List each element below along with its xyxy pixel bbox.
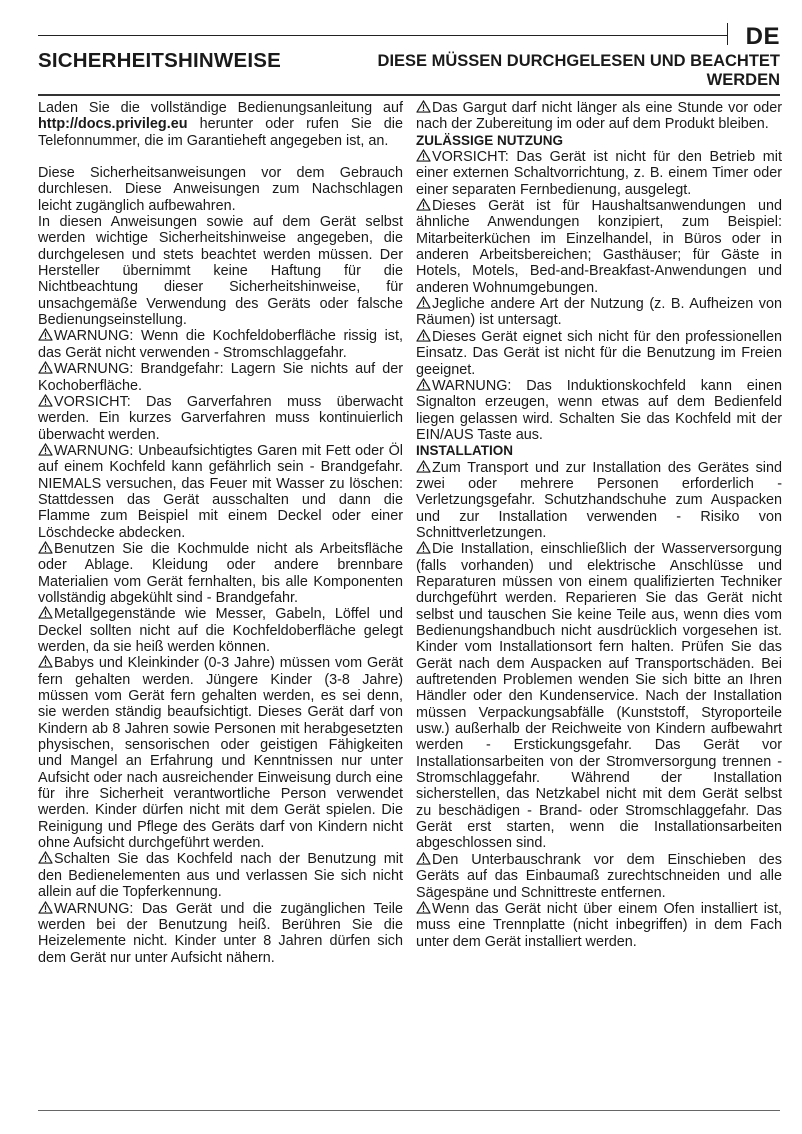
- warning-triangle-icon: [416, 296, 431, 309]
- warning-text: Dieses Gerät ist für Haushaltsanwendunge…: [416, 198, 782, 296]
- footer-rule: [38, 1110, 780, 1111]
- warning-item: Wenn das Gerät nicht über einem Ofen ins…: [416, 901, 782, 950]
- warning-triangle-icon: [38, 394, 53, 407]
- paragraph: In diesen Anweisungen sowie auf dem Gerä…: [38, 214, 403, 328]
- warning-text: VORSICHT: Das Garverfahren muss überwach…: [38, 394, 403, 443]
- warning-triangle-icon: [416, 100, 431, 113]
- warning-text: WARNUNG: Brandgefahr: Lagern Sie nichts …: [38, 361, 403, 393]
- warning-text: Babys und Kleinkinder (0-3 Jahre) müssen…: [38, 655, 403, 851]
- warning-text: Den Unterbauschrank vor dem Einschieben …: [416, 852, 782, 901]
- warning-triangle-icon: [416, 198, 431, 211]
- warning-triangle-icon: [38, 851, 53, 864]
- intro-paragraph: Laden Sie die vollständige Bedienungsanl…: [38, 100, 403, 149]
- warning-triangle-icon: [416, 852, 431, 865]
- warning-triangle-icon: [38, 541, 53, 554]
- warning-item: Die Installation, einschließlich der Was…: [416, 541, 782, 852]
- page-subtitle: DIESE MÜSSEN DURCHGELESEN UND BEACHTET W…: [320, 52, 780, 90]
- warning-triangle-icon: [416, 901, 431, 914]
- warning-text: Die Installation, einschließlich der Was…: [416, 541, 782, 851]
- warning-triangle-icon: [416, 460, 431, 473]
- warning-item: Den Unterbauschrank vor dem Einschieben …: [416, 852, 782, 901]
- warning-item: Babys und Kleinkinder (0-3 Jahre) müssen…: [38, 655, 403, 851]
- warning-item: WARNUNG: Brandgefahr: Lagern Sie nichts …: [38, 361, 403, 394]
- warning-text: Jegliche andere Art der Nutzung (z. B. A…: [416, 296, 782, 328]
- header-top-rule: [38, 35, 727, 36]
- warning-text: Metallgegenstände wie Messer, Gabeln, Lö…: [38, 606, 403, 655]
- section-heading-usage: ZULÄSSIGE NUTZUNG: [416, 133, 782, 149]
- warning-item: Zum Transport und zur Installation des G…: [416, 460, 782, 542]
- right-column: Das Gargut darf nicht länger als eine St…: [416, 100, 782, 950]
- warning-item: WARNUNG: Wenn die Kochfeldoberfläche ris…: [38, 328, 403, 361]
- warning-text: WARNUNG: Unbeaufsichtigtes Garen mit Fet…: [38, 443, 403, 541]
- warning-item: Dieses Gerät eignet sich nicht für den p…: [416, 329, 782, 378]
- warning-text: WARNUNG: Das Induktionskochfeld kann ein…: [416, 378, 782, 443]
- warning-text: Dieses Gerät eignet sich nicht für den p…: [416, 329, 782, 378]
- warning-text: WARNUNG: Das Gerät und die zugänglichen …: [38, 901, 403, 966]
- page-title: SICHERHEITSHINWEISE: [38, 49, 281, 73]
- language-code: DE: [746, 23, 780, 51]
- warning-triangle-icon: [38, 328, 53, 341]
- header-bottom-rule: [38, 94, 780, 96]
- docs-link[interactable]: http://docs.privileg.eu: [38, 116, 188, 132]
- warning-triangle-icon: [38, 655, 53, 668]
- spacer: [38, 149, 403, 165]
- warning-text: WARNUNG: Wenn die Kochfeldoberfläche ris…: [38, 328, 403, 360]
- warning-text: Schalten Sie das Kochfeld nach der Benut…: [38, 851, 403, 900]
- warning-item: WARNUNG: Unbeaufsichtigtes Garen mit Fet…: [38, 443, 403, 541]
- warning-triangle-icon: [38, 606, 53, 619]
- warning-item: WARNUNG: Das Gerät und die zugänglichen …: [38, 901, 403, 966]
- warning-triangle-icon: [416, 329, 431, 342]
- warning-item: Dieses Gerät ist für Haushaltsanwendunge…: [416, 198, 782, 296]
- paragraph: Diese Sicherheitsanweisungen vor dem Geb…: [38, 165, 403, 214]
- warning-text: Wenn das Gerät nicht über einem Ofen ins…: [416, 901, 782, 950]
- header-tick-mark: [727, 23, 728, 45]
- warning-text: Das Gargut darf nicht länger als eine St…: [416, 100, 782, 132]
- warning-text: Benutzen Sie die Kochmulde nicht als Arb…: [38, 541, 403, 606]
- warning-triangle-icon: [38, 901, 53, 914]
- section-heading-installation: INSTALLATION: [416, 443, 782, 459]
- warning-triangle-icon: [416, 149, 431, 162]
- warning-triangle-icon: [38, 361, 53, 374]
- left-column: Laden Sie die vollständige Bedienungsanl…: [38, 100, 403, 966]
- warning-triangle-icon: [416, 541, 431, 554]
- warning-item: Benutzen Sie die Kochmulde nicht als Arb…: [38, 541, 403, 606]
- warning-item: Das Gargut darf nicht länger als eine St…: [416, 100, 782, 133]
- warning-item: Schalten Sie das Kochfeld nach der Benut…: [38, 851, 403, 900]
- warning-item: Jegliche andere Art der Nutzung (z. B. A…: [416, 296, 782, 329]
- warning-item: VORSICHT: Das Gerät ist nicht für den Be…: [416, 149, 782, 198]
- warning-text: Zum Transport und zur Installation des G…: [416, 460, 782, 541]
- warning-triangle-icon: [38, 443, 53, 456]
- warning-item: Metallgegenstände wie Messer, Gabeln, Lö…: [38, 606, 403, 655]
- warning-item: VORSICHT: Das Garverfahren muss überwach…: [38, 394, 403, 443]
- warning-triangle-icon: [416, 378, 431, 391]
- warning-item: WARNUNG: Das Induktionskochfeld kann ein…: [416, 378, 782, 443]
- warning-text: VORSICHT: Das Gerät ist nicht für den Be…: [416, 149, 782, 198]
- intro-text: Laden Sie die vollständige Bedienungsanl…: [38, 100, 403, 116]
